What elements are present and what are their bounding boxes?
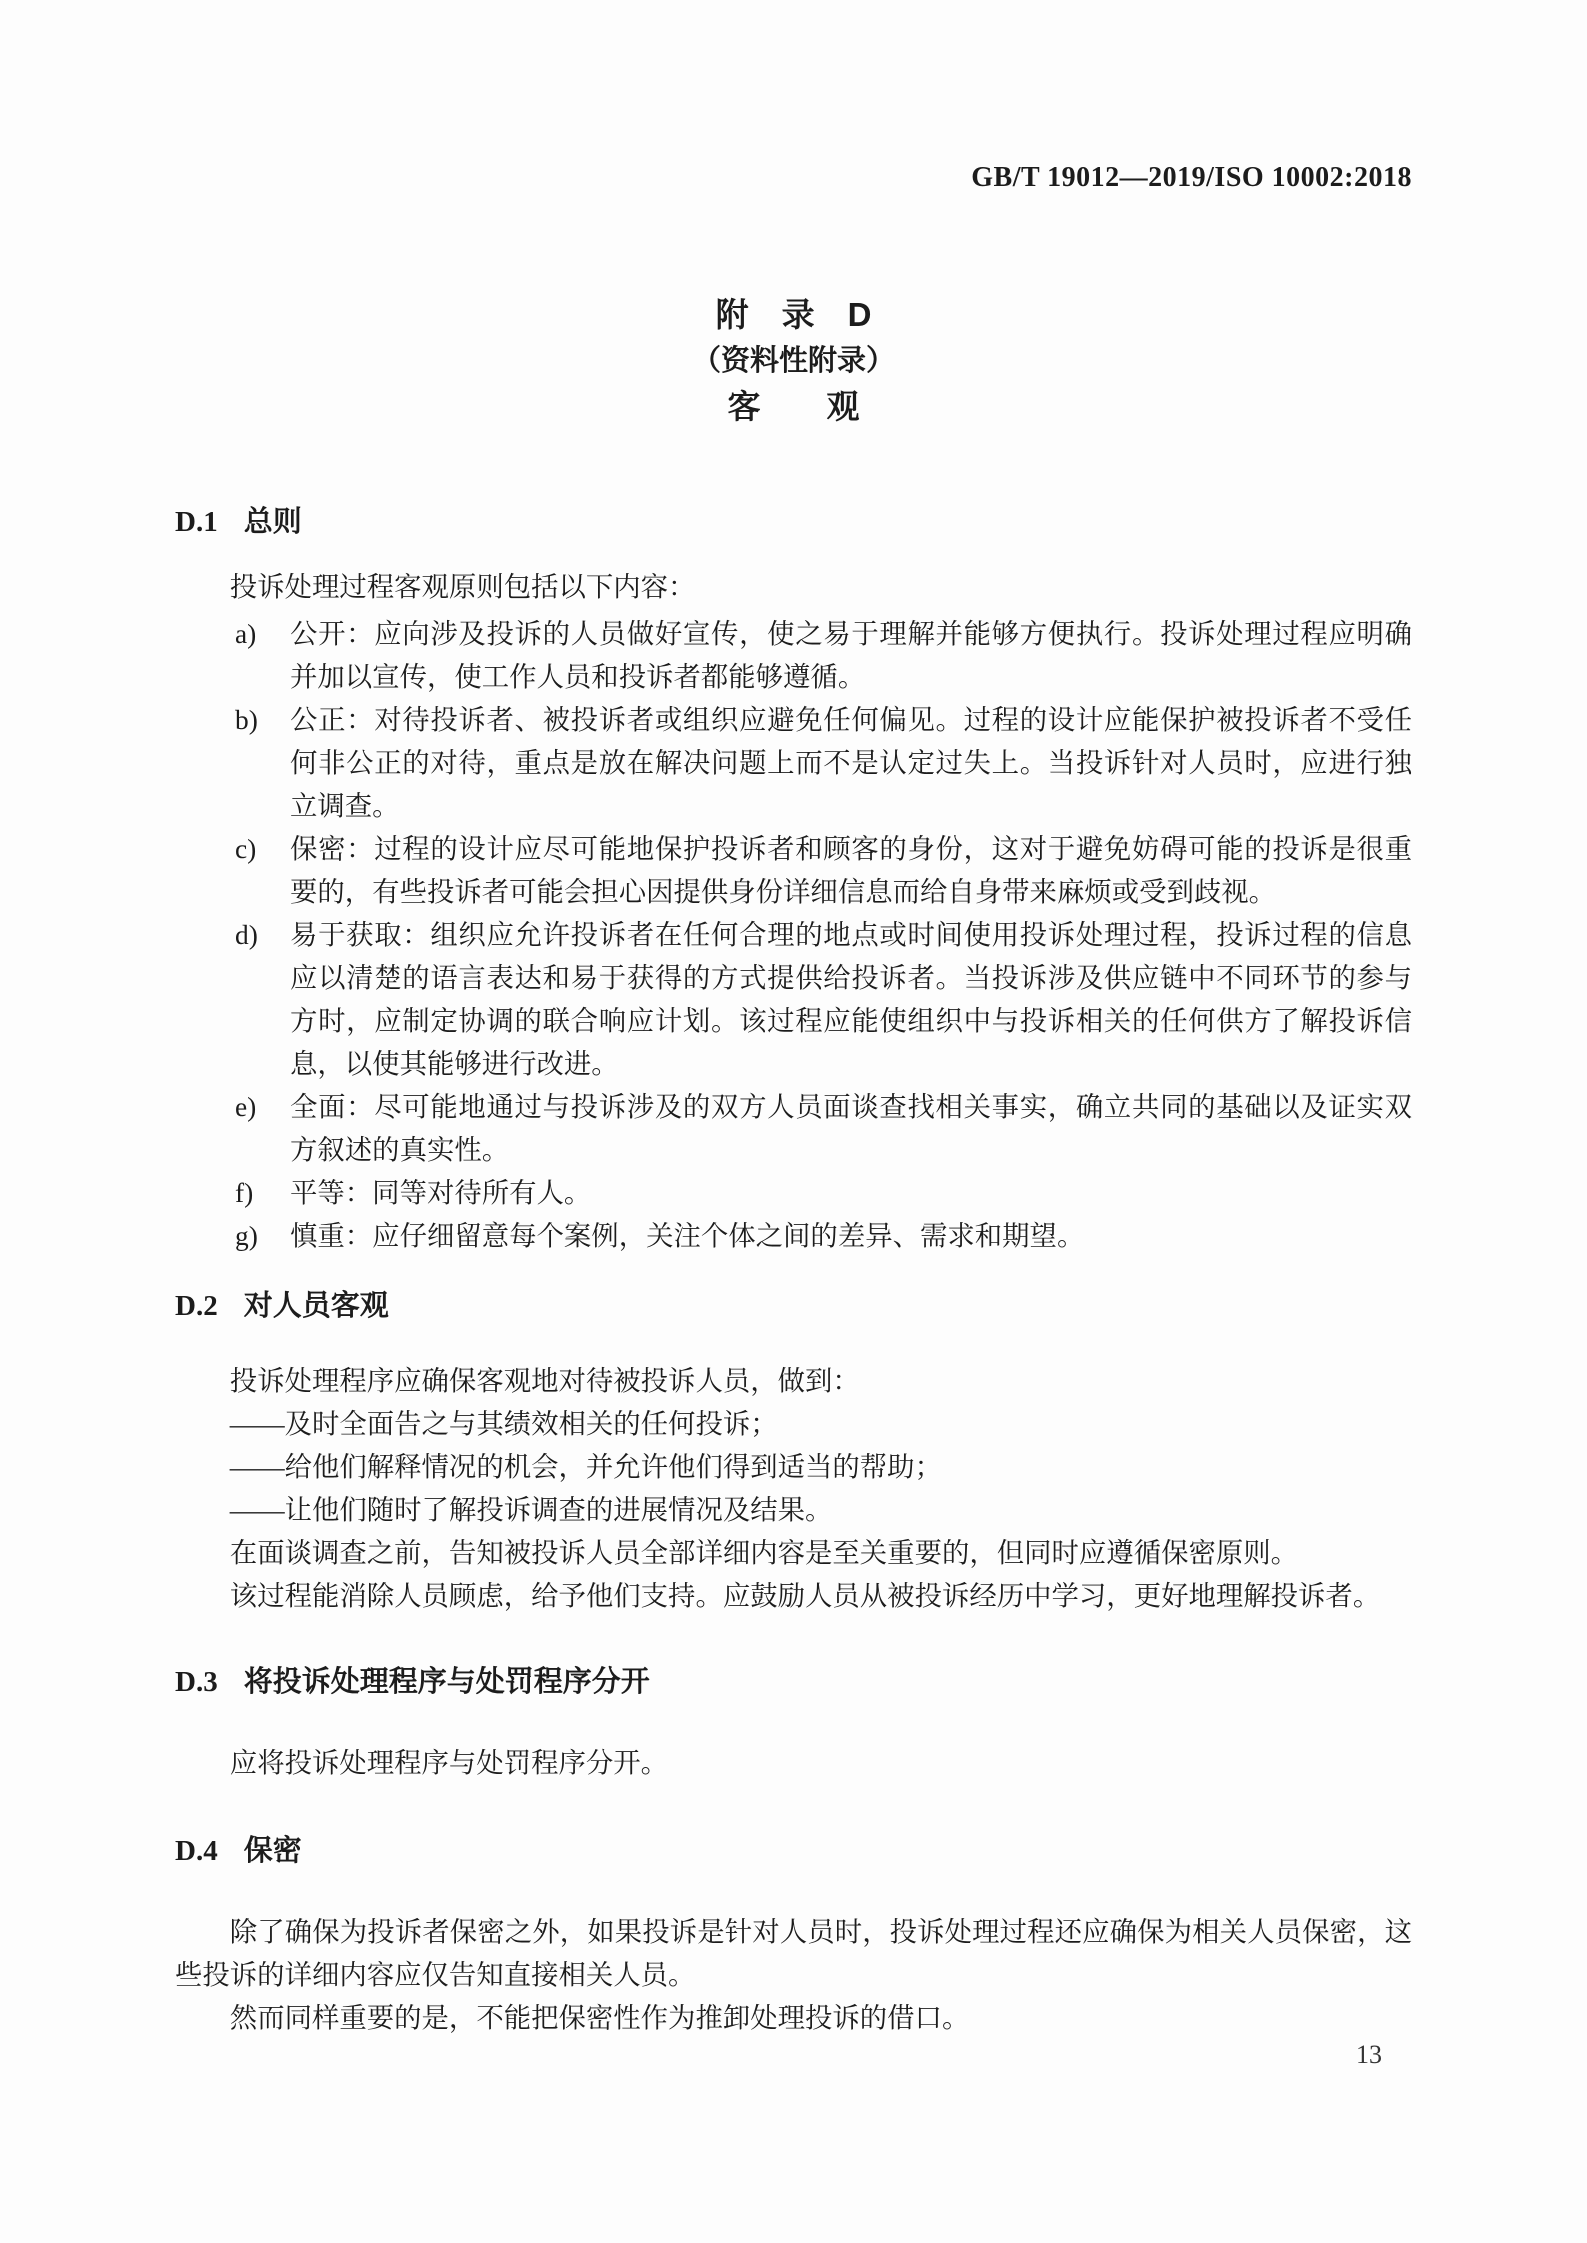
list-marker: d) — [235, 914, 290, 1086]
section-d4: D.4保密 除了确保为投诉者保密之外，如果投诉是针对人员时，投诉处理过程还应确保… — [175, 1831, 1412, 2040]
list-item-b: b) 公正：对待投诉者、被投诉者或组织应避免任何偏见。过程的设计应能保护被投诉者… — [235, 699, 1412, 828]
list-item-g: g) 慎重：应仔细留意每个案例，关注个体之间的差异、需求和期望。 — [235, 1215, 1412, 1258]
list-item-c: c) 保密：过程的设计应尽可能地保护投诉者和顾客的身份，这对于避免妨碍可能的投诉… — [235, 828, 1412, 914]
page-number: 13 — [1356, 2040, 1382, 2070]
dash-item: ——给他们解释情况的机会，并允许他们得到适当的帮助； — [175, 1446, 1412, 1489]
section-d4-paragraph: 除了确保为投诉者保密之外，如果投诉是针对人员时，投诉处理过程还应确保为相关人员保… — [175, 1911, 1412, 1997]
appendix-title-block: 附 录 D （资料性附录） 客 观 — [175, 292, 1412, 430]
appendix-subtitle: （资料性附录） — [175, 338, 1412, 384]
section-d1: D.1总则 投诉处理过程客观原则包括以下内容： a) 公开：应向涉及投诉的人员做… — [175, 502, 1412, 1258]
section-d1-title: 总则 — [244, 506, 302, 538]
list-text: 公开：应向涉及投诉的人员做好宣传，使之易于理解并能够方便执行。投诉处理过程应明确… — [290, 613, 1412, 699]
section-d4-heading: D.4保密 — [175, 1831, 1412, 1871]
section-d1-heading: D.1总则 — [175, 502, 1412, 542]
section-d3-number: D.3 — [175, 1666, 218, 1698]
standard-number-header: GB/T 19012—2019/ISO 10002:2018 — [175, 160, 1412, 196]
section-d2-paragraph: 在面谈调查之前，告知被投诉人员全部详细内容是至关重要的，但同时应遵循保密原则。 — [175, 1532, 1412, 1575]
list-marker: g) — [235, 1215, 290, 1258]
section-d4-number: D.4 — [175, 1835, 218, 1867]
list-text: 保密：过程的设计应尽可能地保护投诉者和顾客的身份，这对于避免妨碍可能的投诉是很重… — [290, 828, 1412, 914]
section-d2-paragraph: 该过程能消除人员顾虑，给予他们支持。应鼓励人员从被投诉经历中学习，更好地理解投诉… — [175, 1575, 1412, 1618]
section-d2-title: 对人员客观 — [244, 1290, 389, 1322]
list-text: 公正：对待投诉者、被投诉者或组织应避免任何偏见。过程的设计应能保护被投诉者不受任… — [290, 699, 1412, 828]
section-d1-intro: 投诉处理过程客观原则包括以下内容： — [175, 566, 1412, 609]
list-item-a: a) 公开：应向涉及投诉的人员做好宣传，使之易于理解并能够方便执行。投诉处理过程… — [235, 613, 1412, 699]
list-text: 慎重：应仔细留意每个案例，关注个体之间的差异、需求和期望。 — [290, 1215, 1412, 1258]
list-item-d: d) 易于获取：组织应允许投诉者在任何合理的地点或时间使用投诉处理过程，投诉过程… — [235, 914, 1412, 1086]
list-marker: f) — [235, 1172, 290, 1215]
section-d1-number: D.1 — [175, 506, 218, 538]
dash-item: ——让他们随时了解投诉调查的进展情况及结果。 — [175, 1489, 1412, 1532]
list-marker: e) — [235, 1086, 290, 1172]
list-marker: b) — [235, 699, 290, 828]
list-item-e: e) 全面：尽可能地通过与投诉涉及的双方人员面谈查找相关事实，确立共同的基础以及… — [235, 1086, 1412, 1172]
appendix-title: 附 录 D — [175, 292, 1412, 338]
document-page: GB/T 19012—2019/ISO 10002:2018 附 录 D （资料… — [0, 0, 1587, 2243]
dash-item: ——及时全面告之与其绩效相关的任何投诉； — [175, 1403, 1412, 1446]
section-d4-title: 保密 — [244, 1835, 302, 1867]
section-d3-title: 将投诉处理程序与处罚程序分开 — [244, 1666, 650, 1698]
section-d1-list: a) 公开：应向涉及投诉的人员做好宣传，使之易于理解并能够方便执行。投诉处理过程… — [235, 613, 1412, 1258]
section-d2: D.2对人员客观 投诉处理程序应确保客观地对待被投诉人员，做到： ——及时全面告… — [175, 1286, 1412, 1618]
section-d3: D.3将投诉处理程序与处罚程序分开 应将投诉处理程序与处罚程序分开。 — [175, 1662, 1412, 1785]
list-text: 全面：尽可能地通过与投诉涉及的双方人员面谈查找相关事实，确立共同的基础以及证实双… — [290, 1086, 1412, 1172]
section-d4-paragraph: 然而同样重要的是，不能把保密性作为推卸处理投诉的借口。 — [175, 1997, 1412, 2040]
list-item-f: f) 平等：同等对待所有人。 — [235, 1172, 1412, 1215]
section-d2-heading: D.2对人员客观 — [175, 1286, 1412, 1326]
section-d2-number: D.2 — [175, 1290, 218, 1322]
appendix-subject: 客 观 — [175, 384, 1412, 430]
list-text: 易于获取：组织应允许投诉者在任何合理的地点或时间使用投诉处理过程，投诉过程的信息… — [290, 914, 1412, 1086]
section-d3-heading: D.3将投诉处理程序与处罚程序分开 — [175, 1662, 1412, 1702]
section-d3-paragraph: 应将投诉处理程序与处罚程序分开。 — [175, 1742, 1412, 1785]
list-text: 平等：同等对待所有人。 — [290, 1172, 1412, 1215]
list-marker: a) — [235, 613, 290, 699]
section-d2-lead: 投诉处理程序应确保客观地对待被投诉人员，做到： — [175, 1360, 1412, 1403]
list-marker: c) — [235, 828, 290, 914]
